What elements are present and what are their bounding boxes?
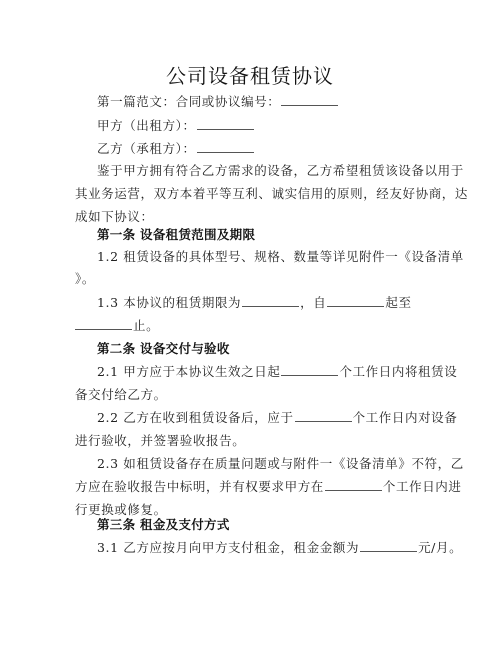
clause-1-2-line-1: 1.2 租赁设备的具体型号、规格、数量等详见附件一《设备清单 [97,249,464,265]
party-a-blank[interactable] [197,118,254,130]
clause-2-3-text-b: 方应在验收报告中标明，并有权要求甲方在 [75,479,324,494]
document-page: 公司设备租赁协议 第一篇范文：合同或协议编号： 甲方（出租方）： 乙方（承租方）… [0,0,500,647]
clause-2-2-text-b: 个工作日内对设备 [353,410,458,425]
clause-2-1-line-2: 备交付给乙方。 [75,387,167,403]
clause-1-3-text-d: 止。 [133,318,159,333]
clause-1-3-line-1: 1.3 本协议的租赁期限为，自起至 [97,295,412,311]
party-b-label: 乙方（承租方）： [97,141,196,156]
clause-2-3-line-2: 方应在验收报告中标明，并有权要求甲方在个工作日内进 [75,479,462,495]
delivery-days-blank[interactable] [281,364,338,376]
clause-1-3-text-b: ，自 [300,295,326,310]
contract-number-blank[interactable] [281,94,338,106]
preamble-line-1: 鉴于甲方拥有符合乙方需求的设备，乙方希望租赁该设备以用于 [97,163,464,179]
end-date-blank[interactable] [75,318,132,330]
clause-2-2-text-a: 2.2 乙方在收到租赁设备后，应于 [97,410,294,425]
clause-2-1-text-b: 个工作日内将租赁设 [339,364,457,379]
party-a-label: 甲方（出租方）： [97,118,196,133]
clause-1-3-text-c: 起至 [385,295,411,310]
document-title: 公司设备租赁协议 [0,60,500,89]
clause-1-2-line-2: 》。 [75,271,95,287]
start-date-blank[interactable] [327,295,384,307]
clause-3-1-text-b: 元/月。 [418,540,462,555]
article-2-heading: 第二条 设备交付与验收 [97,341,230,357]
contract-number-line: 第一篇范文：合同或协议编号： [97,94,339,110]
clause-2-2-line-1: 2.2 乙方在收到租赁设备后，应于个工作日内对设备 [97,410,457,426]
clause-2-2-line-2: 进行验收，并签署验收报告。 [75,433,245,449]
party-a-line: 甲方（出租方）： [97,118,255,134]
replacement-days-blank[interactable] [325,479,382,491]
preamble-line-2: 其业务运营，双方本着平等互利、诚实信用的原则，经友好协商，达 [75,186,468,202]
contract-number-label: 第一篇范文：合同或协议编号： [97,94,280,109]
inspection-days-blank[interactable] [295,410,352,422]
clause-2-3-line-3: 行更换或修复。 [75,502,167,518]
clause-3-1-text-a: 3.1 乙方应按月向甲方支付租金，租金金额为 [97,540,359,555]
rent-amount-blank[interactable] [360,540,417,552]
clause-3-1-line-1: 3.1 乙方应按月向甲方支付租金，租金金额为元/月。 [97,540,462,556]
article-1-heading: 第一条 设备租赁范围及期限 [97,227,255,243]
preamble-line-3: 成如下协议： [75,209,154,225]
party-b-blank[interactable] [197,141,254,153]
clause-1-3-text-a: 1.3 本协议的租赁期限为 [97,295,241,310]
party-b-line: 乙方（承租方）： [97,141,255,157]
clause-2-3-line-1: 2.3 如租赁设备存在质量问题或与附件一《设备清单》不符，乙 [97,456,464,472]
clause-2-1-text-a: 2.1 甲方应于本协议生效之日起 [97,364,280,379]
clause-1-3-line-2: 止。 [75,318,159,334]
clause-2-3-text-c: 个工作日内进 [383,479,462,494]
lease-term-blank[interactable] [242,295,299,307]
clause-2-1-line-1: 2.1 甲方应于本协议生效之日起个工作日内将租赁设 [97,364,457,380]
article-3-heading: 第三条 租金及支付方式 [97,517,230,533]
